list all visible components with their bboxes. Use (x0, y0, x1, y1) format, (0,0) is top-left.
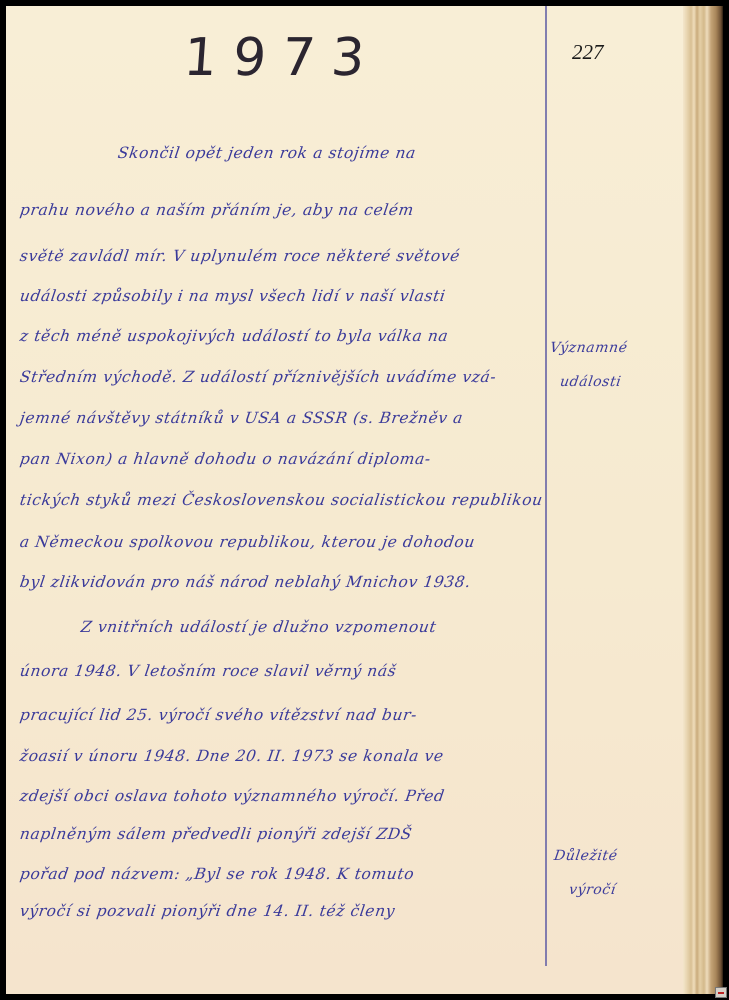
text-line: z těch méně uspokojivých událostí to byl… (19, 327, 542, 345)
text-line: pracující lid 25. výročí svého vítězství… (19, 706, 542, 724)
text-line: naplněným sálem předvedli pionýři zdejší… (19, 825, 542, 843)
text-line: jemné návštěvy státníků v USA a SSSR (s.… (19, 409, 542, 427)
text-line: tických styků mezi Československou socia… (19, 491, 542, 509)
minimize-icon[interactable] (715, 987, 727, 998)
text-line: února 1948. V letošním roce slavil věrný… (19, 662, 542, 680)
margin-note: výročí (568, 882, 617, 898)
year-heading: 1973 (182, 28, 383, 88)
text-line: Středním východě. Z událostí příznivější… (19, 368, 542, 386)
text-line: světě zavládl mír. V uplynulém roce někt… (19, 247, 542, 265)
text-line: pořad pod názvem: „Byl se rok 1948. K to… (19, 865, 542, 883)
text-line: žoasií v únoru 1948. Dne 20. II. 1973 se… (19, 747, 542, 765)
text-line: výročí si pozvali pionýři dne 14. II. té… (19, 902, 542, 920)
text-line: a Německou spolkovou republikou, kterou … (19, 533, 542, 551)
text-line: Z vnitřních událostí je dlužno vzpomenou… (80, 618, 603, 636)
book-page-edges (683, 6, 723, 994)
page-number: 227 (572, 40, 604, 65)
text-line: zdejší obci oslava tohoto významného výr… (19, 787, 542, 805)
text-line: události způsobily i na mysl všech lidí … (19, 287, 542, 305)
document-page: 1973 227 Skončil opět jeden rok a stojím… (6, 6, 723, 994)
text-line: byl zlikvidován pro náš národ neblahý Mn… (19, 573, 542, 591)
margin-note: události (559, 374, 623, 390)
margin-note: Významné (549, 340, 629, 356)
margin-note: Důležité (553, 848, 619, 864)
text-line: prahu nového a naším přáním je, aby na c… (19, 201, 542, 219)
text-line: pan Nixon) a hlavně dohodu o navázání di… (19, 450, 542, 468)
text-line: Skončil opět jeden rok a stojíme na (117, 144, 640, 162)
